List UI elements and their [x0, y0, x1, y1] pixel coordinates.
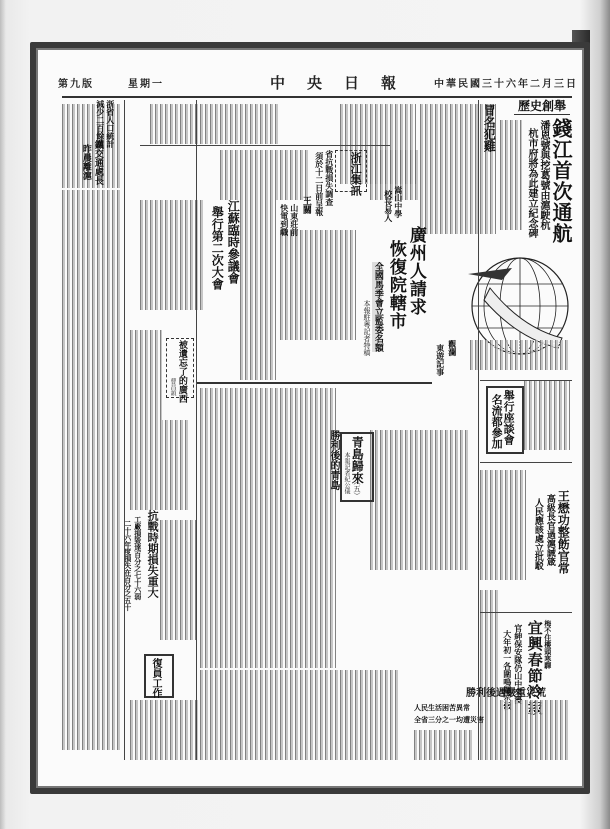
banner-caption-b: 東遊記事 — [436, 344, 445, 376]
article-body — [280, 230, 356, 340]
qingdao-part: （五） — [352, 478, 362, 499]
banquet-headline: 舉行座談會 — [502, 390, 514, 445]
warloss-sub2: 二十六年度損失在百分之五十 — [124, 520, 132, 611]
banquet-sub: 名流都參加 — [490, 394, 502, 449]
forgotten-headline: 被遺忘了的廣西 — [176, 340, 186, 403]
section-divider — [480, 380, 572, 381]
victory-sub2: 全省三分之一均遭災害 — [414, 716, 484, 724]
article-body — [130, 420, 190, 510]
shanzhong-headline: 嵩山中學 — [394, 186, 403, 218]
guangzhou-headline: 廣州人請求 — [406, 226, 424, 316]
qiantang-body — [500, 120, 522, 230]
article-body — [62, 190, 122, 750]
qingdao-byline: 本報記者紀公儀 — [342, 452, 351, 494]
section-divider — [480, 612, 572, 613]
qingdao-sub: 勝利後的青島 — [328, 430, 339, 490]
section-divider — [196, 382, 432, 384]
leftcol-sub: 昨晨離滬 — [80, 144, 90, 180]
wang-sub2: 人民應該處立批駁 — [532, 498, 542, 570]
guangzhou-sub2: 全國馬季會立監委名額 — [372, 262, 382, 352]
masthead: 第九版 星期一 中央日報 中華民國三十六年二月三日 — [40, 72, 580, 94]
weekday-label: 星期一 — [128, 75, 164, 90]
guangzhou-sub1: 恢復院轄市 — [386, 240, 404, 330]
yixing-kicker: 梅不住樓頭寒驛 — [544, 620, 552, 669]
forgotten-byline: 曹昌頡 — [168, 378, 177, 396]
wangguan-sub2: 快電到職 — [280, 204, 289, 236]
article-body — [414, 730, 474, 760]
date-label: 中華民國三十六年二月三日 — [434, 75, 578, 90]
wangguan-headline: 王關 — [300, 196, 310, 214]
qiantang-sub1: 潘恩號與挖葛號由滬駛杭 — [538, 120, 549, 230]
warloss-sub1: 工廠損毀達百分之七十六弱 — [134, 516, 142, 600]
column-divider — [478, 100, 479, 760]
qiantang-sub2: 杭市府將為此建立紀念碑 — [526, 128, 537, 238]
masthead-rule — [62, 96, 572, 98]
victory-sub1: 人民生活困苦異常 — [414, 704, 470, 712]
article-body — [140, 200, 204, 310]
zhejiang-sub2: 須於十二日前呈報 — [315, 152, 324, 216]
recovery-headline: 復員工作 — [150, 658, 161, 698]
article-body — [524, 380, 570, 450]
leftcol-top1: 浙省人口統計 — [106, 100, 115, 148]
article-body — [150, 104, 280, 144]
article-body — [130, 330, 162, 420]
wang-headline: 王懋功整飭官常 — [556, 490, 569, 574]
zhejiang-headline: 浙江集訊 — [349, 152, 361, 196]
article-body — [480, 590, 500, 700]
qingdao-headline: 青島歸來 — [350, 436, 363, 484]
wang-sub1: 高級長官過滬誡箴 — [544, 494, 554, 566]
article-body — [130, 700, 200, 760]
wangguan-sub1: 山東莊前 — [290, 204, 299, 236]
article-body — [470, 340, 570, 370]
article-body — [480, 470, 526, 580]
article-body — [480, 700, 570, 760]
zhejiang-sub1: 省抗戰損失調查 — [325, 150, 334, 206]
guangzhou-byline: 本報駐粵記者特稿 — [362, 300, 372, 356]
warloss-headline: 抗戰時期損失重大 — [146, 510, 158, 598]
section-divider — [480, 462, 572, 463]
column-divider — [196, 100, 197, 760]
article-body — [240, 200, 276, 380]
article-body — [200, 670, 400, 760]
edition-label: 第九版 — [58, 75, 94, 90]
article-body — [220, 150, 310, 200]
article-body — [160, 520, 196, 640]
leftcol-headline: 鐵交通處長 — [92, 140, 102, 185]
column-divider — [124, 100, 125, 760]
jiangsu-headline: 江蘇臨時參議會 — [226, 200, 239, 284]
jiangsu-sub: 舉行第二次大會 — [210, 206, 223, 290]
banner-caption-a: 觀瀾 — [448, 340, 457, 356]
shanzhong-sub: 校長易人 — [384, 190, 393, 222]
article-body — [370, 430, 470, 570]
newspaper-title: 中央日報 — [270, 72, 418, 93]
maoming-headline: 冒名犯雞 — [482, 104, 495, 152]
article-body — [200, 388, 336, 668]
section-divider — [140, 145, 390, 146]
qiantang-kicker: 歷史創舉 — [518, 100, 566, 113]
qiantang-headline: 錢江首次通航 — [550, 118, 571, 244]
